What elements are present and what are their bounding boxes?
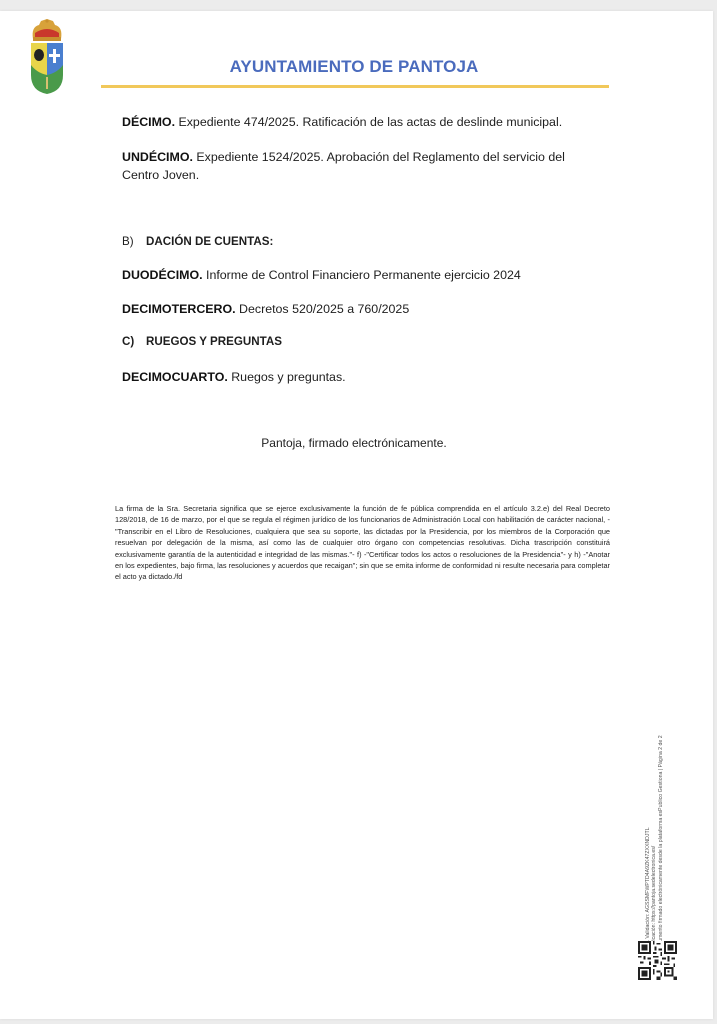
agenda-item-decimo: DÉCIMO. Expediente 474/2025. Ratificació… bbox=[122, 113, 562, 131]
section-title: DACIÓN DE CUENTAS: bbox=[146, 235, 273, 248]
section-letter: B) bbox=[122, 235, 146, 248]
item-label: DÉCIMO. bbox=[122, 115, 175, 129]
item-label: DECIMOTERCERO. bbox=[122, 302, 236, 316]
item-label: DECIMOCUARTO. bbox=[122, 370, 228, 384]
agenda-item-decimotercero: DECIMOTERCERO. Decretos 520/2025 a 760/2… bbox=[122, 300, 409, 318]
item-text: Expediente 474/2025. Ratificación de las… bbox=[178, 115, 562, 129]
legal-footnote: La firma de la Sra. Secretaria significa… bbox=[115, 503, 610, 583]
item-label: DUODÉCIMO. bbox=[122, 268, 203, 282]
agenda-item-duodecimo: DUODÉCIMO. Informe de Control Financiero… bbox=[122, 266, 521, 284]
section-letter: C) bbox=[122, 335, 146, 348]
signature-platform-note: Documento firmado electrónicamente desde… bbox=[658, 631, 664, 951]
qr-code-icon[interactable] bbox=[638, 941, 677, 980]
agenda-item-decimocuarto: DECIMOCUARTO. Ruegos y preguntas. bbox=[122, 368, 346, 386]
coat-of-arms-icon bbox=[27, 19, 67, 95]
header-rule bbox=[101, 85, 609, 88]
section-c: C)RUEGOS Y PREGUNTAS bbox=[122, 335, 282, 348]
agenda-item-undecimo: UNDÉCIMO. Expediente 1524/2025. Aprobaci… bbox=[122, 148, 565, 184]
item-text-cont: Centro Joven. bbox=[122, 168, 199, 182]
page-title: AYUNTAMIENTO DE PANTOJA bbox=[100, 57, 608, 77]
section-title: RUEGOS Y PREGUNTAS bbox=[146, 335, 282, 348]
item-text: Expediente 1524/2025. Aprobación del Reg… bbox=[196, 150, 565, 164]
item-text: Informe de Control Financiero Permanente… bbox=[206, 268, 521, 282]
item-label: UNDÉCIMO. bbox=[122, 150, 193, 164]
signature-line: Pantoja, firmado electrónicamente. bbox=[100, 436, 608, 450]
item-text: Ruegos y preguntas. bbox=[231, 370, 345, 384]
document-page: AYUNTAMIENTO DE PANTOJA DÉCIMO. Expedien… bbox=[0, 11, 713, 1019]
item-text: Decretos 520/2025 a 760/2025 bbox=[239, 302, 409, 316]
validation-sidebar: Cód. Validación: AGSSMFWPTD4A9ZK47ZXXNDJ… bbox=[645, 631, 664, 951]
section-b: B)DACIÓN DE CUENTAS: bbox=[122, 235, 273, 248]
